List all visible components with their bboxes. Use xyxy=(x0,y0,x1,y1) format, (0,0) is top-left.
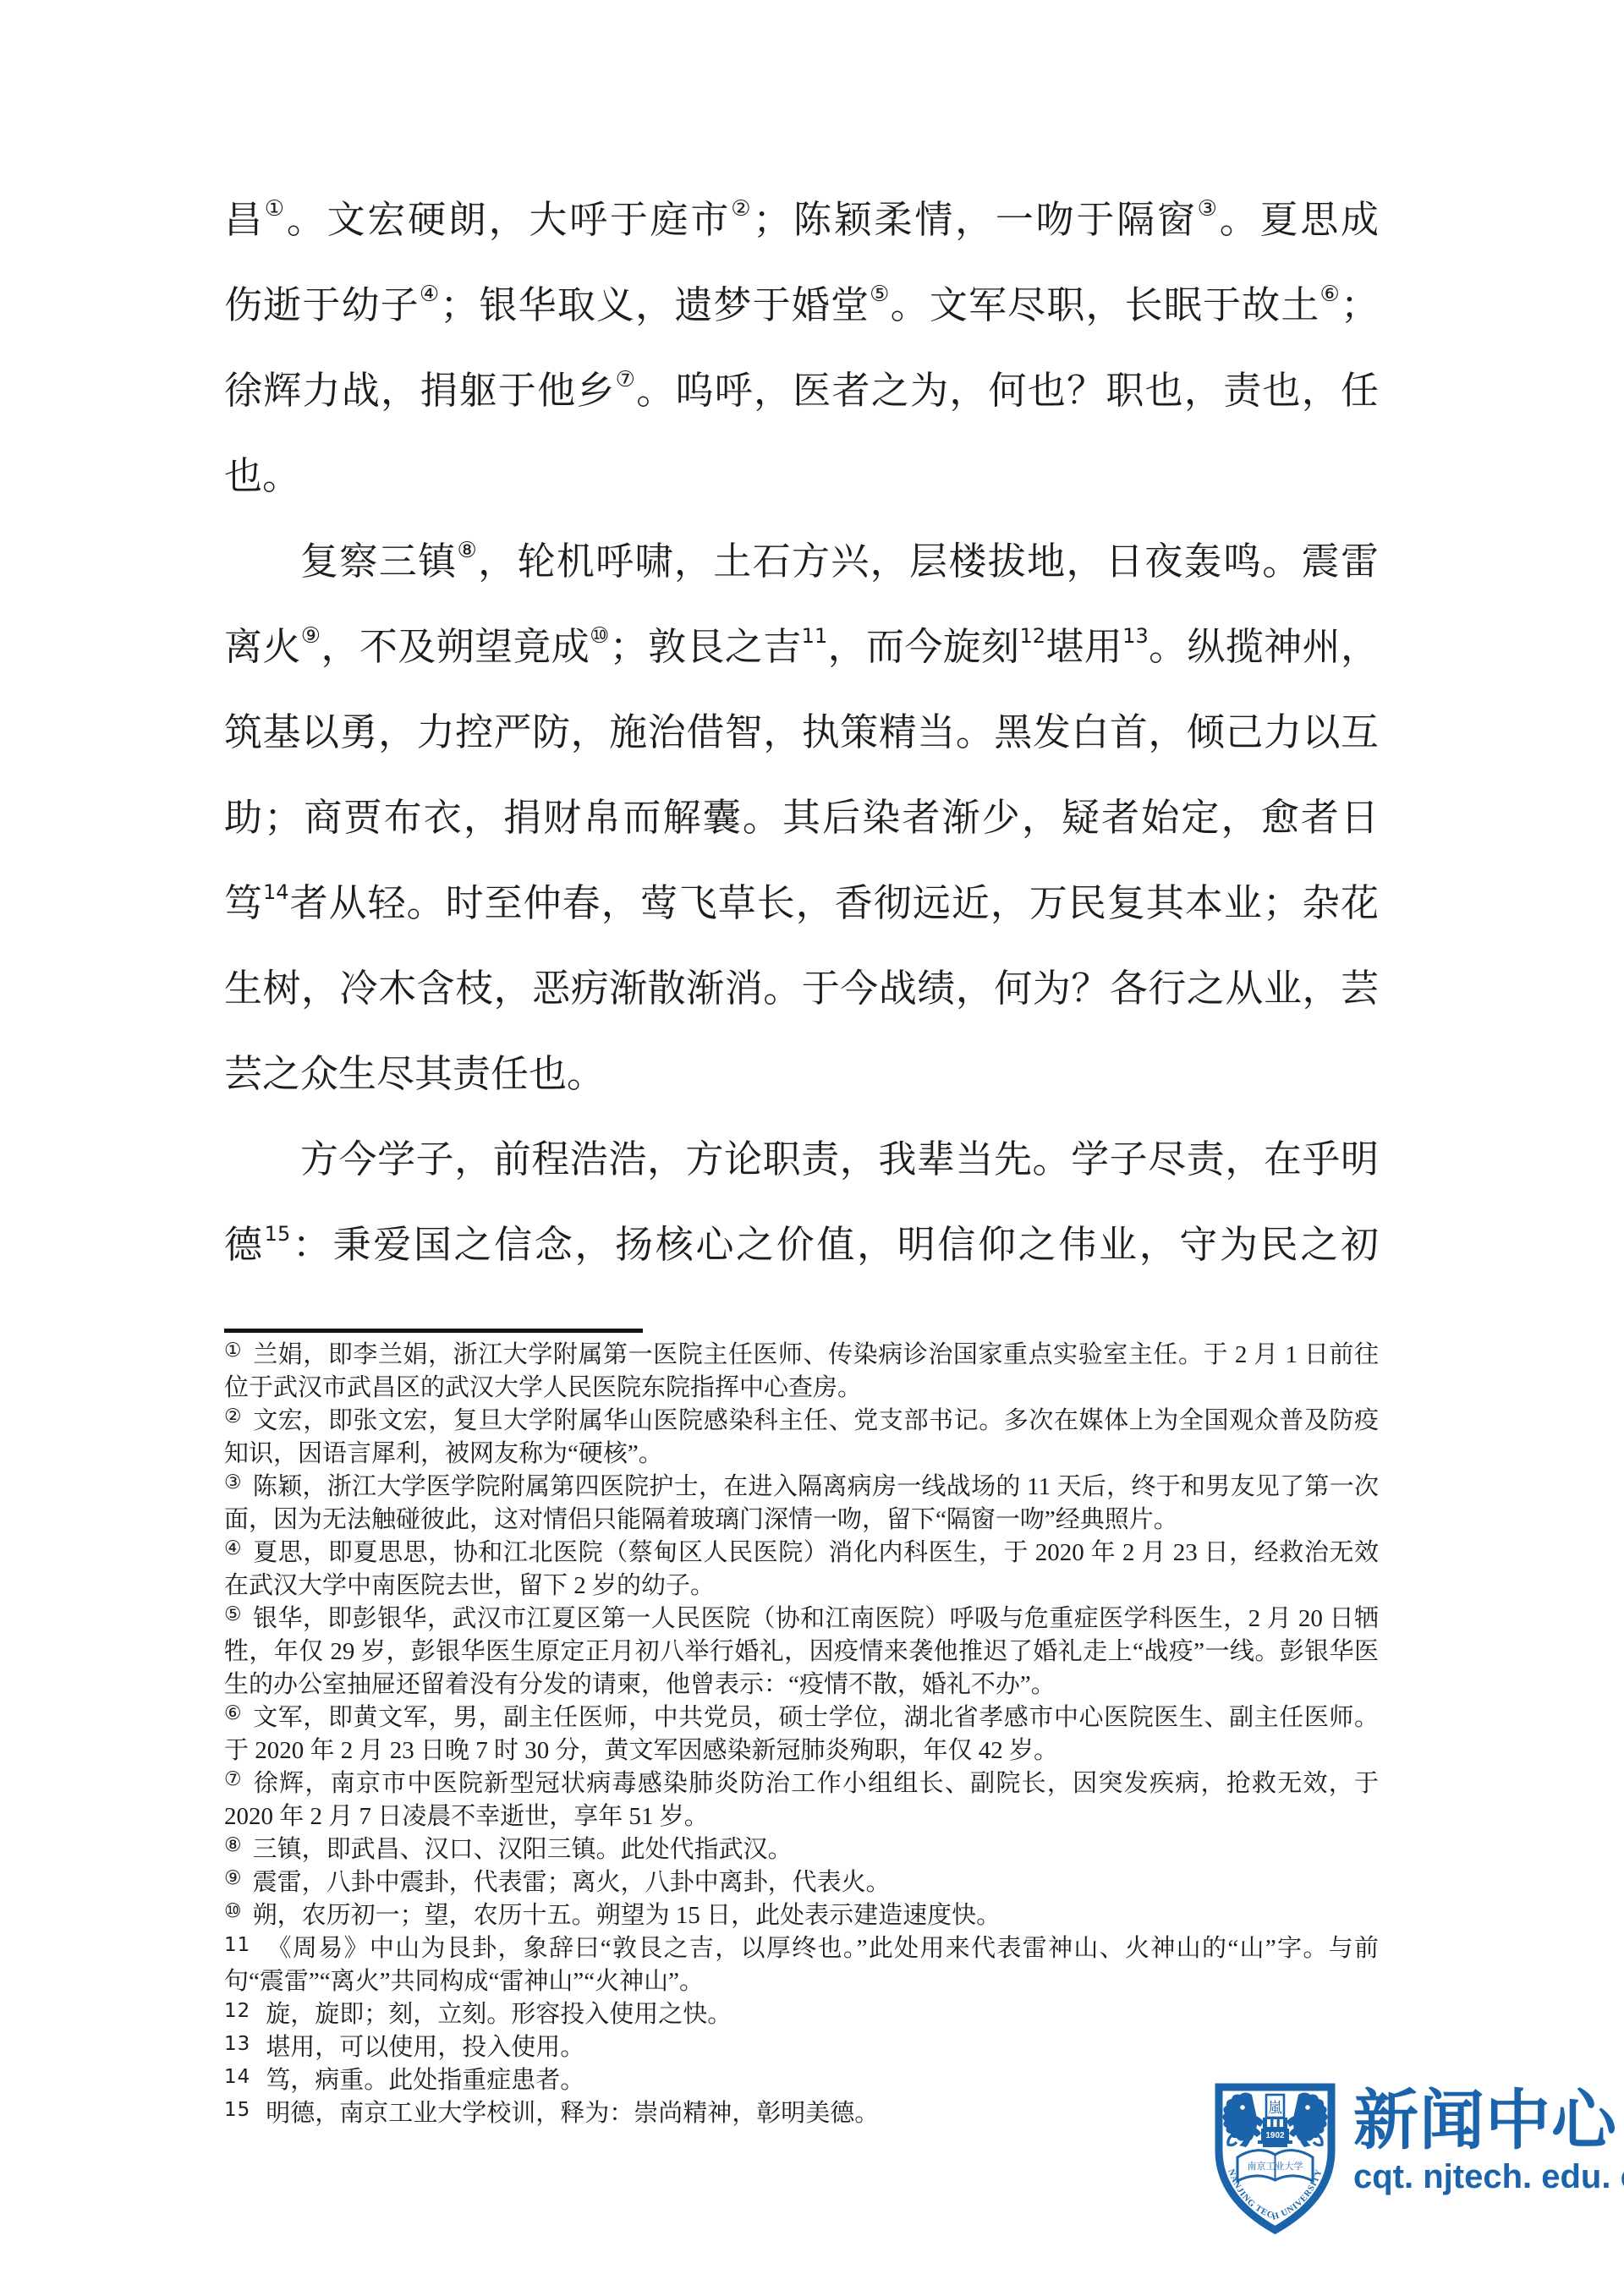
site-url: cqt. njtech. edu. cn xyxy=(1353,2159,1624,2195)
footnote-ref: 13 xyxy=(1122,624,1149,648)
footnote-ref: ③ xyxy=(1198,196,1220,222)
footnote-marker: ⑨ xyxy=(224,1867,242,1889)
footnote-marker: ④ xyxy=(224,1537,242,1559)
emblem-year: 1902 xyxy=(1265,2131,1285,2140)
footnote-marker: ① xyxy=(224,1340,242,1362)
text-line: 复察三镇⑧，轮机呼啸，土石方兴，层楼拔地，日夜轰鸣。震雷 xyxy=(224,519,1379,605)
footnote-ref: ⑩ xyxy=(590,623,610,649)
text-line: 伤逝于幼子④；银华取义，遗梦于婚堂⑤。文军尽职，长眠于故土⑥； xyxy=(224,263,1379,348)
footnote-item: ⑨震雷，八卦中震卦，代表雷；离火，八卦中离卦，代表火。 xyxy=(224,1866,1379,1899)
footnote-ref: 12 xyxy=(1019,624,1045,648)
brand-text-block: 新闻中心 cqt. njtech. edu. cn xyxy=(1353,2083,1624,2195)
text-line: 离火⑨，不及朔望竟成⑩；敦艮之吉11，而今旋刻12堪用13。纵揽神州， xyxy=(224,605,1379,690)
footer-brand: 嵐 1902 南京工业大学 NANJING TECH UNIVERSITY xyxy=(1214,2083,1624,2235)
footnote-marker: 12 xyxy=(224,2000,250,2022)
footnote-item: ⑥文军，即黄文军，男，副主任医师，中共党员，硕士学位，湖北省孝感市中心医院医生、… xyxy=(224,1701,1379,1767)
footnote-marker: 13 xyxy=(224,2033,250,2055)
text-line: 徐辉力战，捐躯于他乡⑦。呜呼，医者之为，何也？职也，责也，任 xyxy=(224,348,1379,434)
text-line: 生树，冷木含枝，恶疠渐散渐消。于今战绩，何为？各行之从业，芸 xyxy=(224,946,1379,1032)
footnote-ref: ④ xyxy=(420,282,440,307)
footnote-item: 15明德，南京工业大学校训，释为：崇尚精神，彰明美德。 xyxy=(224,2097,1379,2130)
footnote-item: 12旋，旋即；刻，立刻。形容投入使用之快。 xyxy=(224,1998,1379,2031)
text-line: 筑基以勇，力控严防，施治借智，执策精当。黑发白首，倾己力以互 xyxy=(224,690,1379,775)
footnote-ref: ⑤ xyxy=(870,282,890,307)
footnote-ref: ⑨ xyxy=(301,623,321,649)
footnote-item: 14笃，病重。此处指重症患者。 xyxy=(224,2064,1379,2097)
emblem-book-text: 南京工业大学 xyxy=(1248,2160,1303,2172)
footnote-marker: ⑩ xyxy=(224,1900,242,1922)
footnote-marker: ⑦ xyxy=(224,1768,243,1790)
footnote-marker: ⑥ xyxy=(224,1702,242,1724)
text-line: 德15：秉爱国之信念，扬核心之价值，明信仰之伟业，守为民之初心； xyxy=(224,1203,1379,1288)
open-book-icon: 南京工业大学 xyxy=(1237,2151,1313,2181)
footnote-item: ④夏思，即夏思思，协和江北医院（蔡甸区人民医院）消化内科医生，于 2020 年 … xyxy=(224,1537,1379,1603)
footnote-list: ①兰娟，即李兰娟，浙江大学附属第一医院主任医师、传染病诊治国家重点实验室主任。于… xyxy=(224,1339,1379,2130)
footnote-marker: ② xyxy=(224,1406,242,1427)
footnote-marker: 11 xyxy=(224,1934,250,1956)
body-text: 昌①。文宏硬朗，大呼于庭市②；陈颖柔情，一吻于隔窗③。夏思成仁，伤逝于幼子④；银… xyxy=(224,178,1379,1288)
footnote-marker: ⑤ xyxy=(224,1603,242,1625)
footnote-ref: ② xyxy=(731,196,753,222)
footnote-ref: ⑦ xyxy=(616,367,637,392)
text-line: 昌①。文宏硬朗，大呼于庭市②；陈颖柔情，一吻于隔窗③。夏思成仁， xyxy=(224,178,1379,263)
footnote-ref: ⑧ xyxy=(457,538,478,563)
footnote-ref: 14 xyxy=(263,880,289,904)
footnote-item: 13堪用，可以使用，投入使用。 xyxy=(224,2031,1379,2064)
footnote-ref: 15 xyxy=(265,1222,291,1246)
footnote-separator xyxy=(224,1329,643,1333)
footnote-item: ⑦徐辉，南京市中医院新型冠状病毒感染肺炎防治工作小组组长、副院长，因突发疾病，抢… xyxy=(224,1767,1379,1833)
footnote-ref: 11 xyxy=(802,624,828,648)
footnote-item: ①兰娟，即李兰娟，浙江大学附属第一医院主任医师、传染病诊治国家重点实验室主任。于… xyxy=(224,1339,1379,1405)
footnote-marker: ③ xyxy=(224,1471,242,1493)
footnote-item: ⑧三镇，即武昌、汉口、汉阳三镇。此处代指武汉。 xyxy=(224,1833,1379,1866)
footnote-marker: 15 xyxy=(224,2099,250,2121)
university-emblem-icon: 嵐 1902 南京工业大学 NANJING TECH UNIVERSITY xyxy=(1214,2083,1336,2235)
text-line: 笃14者从轻。时至仲春，莺飞草长，香彻远近，万民复其本业；杂花 xyxy=(224,861,1379,946)
footnote-item: ⑤银华，即彭银华，武汉市江夏区第一人民医院（协和江南医院）呼吸与危重症医学科医生… xyxy=(224,1603,1379,1701)
text-line: 也。 xyxy=(224,434,1379,519)
footnote-marker: 14 xyxy=(224,2066,250,2088)
footnote-item: 11《周易》中山为艮卦，象辞曰“敦艮之吉，以厚终也。”此处用来代表雷神山、火神山… xyxy=(224,1932,1379,1998)
footnote-ref: ⑥ xyxy=(1320,282,1341,307)
text-line: 助；商贾布衣，捐财帛而解囊。其后染者渐少，疑者始定，愈者日增， xyxy=(224,775,1379,861)
footnote-item: ③陈颖，浙江大学医学院附属第四医院护士，在进入隔离病房一线战场的 11 天后，终… xyxy=(224,1471,1379,1537)
emblem-glyph: 嵐 xyxy=(1268,2100,1282,2116)
footnote-marker: ⑧ xyxy=(224,1834,242,1856)
footnote-item: ②文宏，即张文宏，复旦大学附属华山医院感染科主任、党支部书记。多次在媒体上为全国… xyxy=(224,1405,1379,1471)
news-center-title: 新闻中心 xyxy=(1353,2087,1624,2155)
footnote-ref: ① xyxy=(265,196,287,222)
document-page: 昌①。文宏硬朗，大呼于庭市②；陈颖柔情，一吻于隔窗③。夏思成仁，伤逝于幼子④；银… xyxy=(0,0,1624,2296)
text-line: 方今学子，前程浩浩，方论职责，我辈当先。学子尽责，在乎明 xyxy=(224,1117,1379,1203)
text-line: 芸之众生尽其责任也。 xyxy=(224,1032,1379,1117)
footnote-item: ⑩朔，农历初一；望，农历十五。朔望为 15 日，此处表示建造速度快。 xyxy=(224,1899,1379,1932)
